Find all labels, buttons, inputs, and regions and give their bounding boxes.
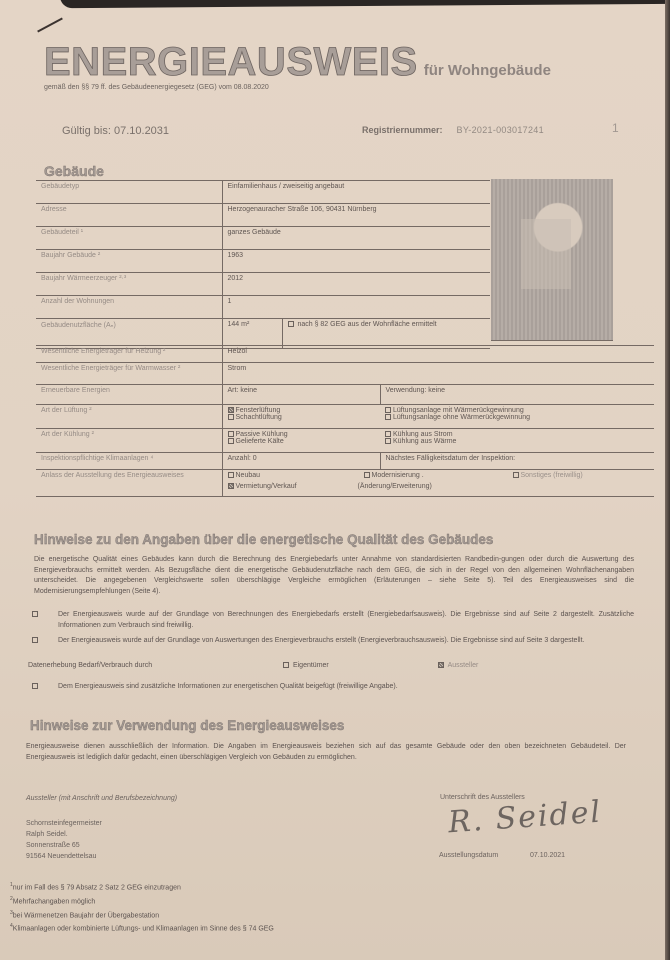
ac-next-inspection: Nächstes Fälligkeitsdatum der Inspektion… xyxy=(380,453,654,470)
title-sub: für Wohngebäude xyxy=(424,62,551,79)
issue-date-label: Ausstellungsdatum xyxy=(439,852,498,859)
checkbox[interactable] xyxy=(228,438,234,444)
option-label: Lüftungsanlage mit Wärmerückgewinnung xyxy=(393,407,524,414)
usage-notes-text: Energieausweise dienen ausschließlich de… xyxy=(26,742,626,763)
issuer-heading: Aussteller (mit Anschrift und Berufsbeze… xyxy=(26,795,177,802)
footnote: 3bei Wärmenetzen Baujahr der Übergabesta… xyxy=(10,908,274,922)
demand-checkbox[interactable] xyxy=(32,611,38,617)
option-label: Passive Kühlung xyxy=(236,431,288,438)
checkbox[interactable] xyxy=(228,472,234,478)
row-label: Baujahr Wärmeerzeuger ²·³ xyxy=(36,273,222,296)
data-collection-label: Datenerhebung Bedarf/Verbrauch durch xyxy=(28,662,152,669)
row-value: 2012 xyxy=(222,273,490,296)
ventilation-option: Fensterlüftung xyxy=(228,407,376,414)
checkbox[interactable] xyxy=(228,431,234,437)
data-issuer-option: Aussteller xyxy=(438,661,478,672)
issuer-address: Schornsteinfegermeister Ralph Seidel. So… xyxy=(26,818,102,862)
photo-background-shadow xyxy=(60,0,670,8)
checkbox[interactable] xyxy=(385,414,391,420)
option-label: (Änderung/Erweiterung) xyxy=(358,483,432,490)
water-energy-label: Wesentliche Energieträger für Warmwasser… xyxy=(36,363,222,385)
row-value: ganzes Gebäude xyxy=(222,227,490,250)
registration: Registriernummer:BY-2021-003017241 xyxy=(362,125,544,135)
cooling-option: Kühlung aus Wärme xyxy=(385,438,649,445)
table-row: Anlass der Ausstellung des Energieauswei… xyxy=(36,470,654,497)
certificate-page: ENERGIEAUSWEISfür Wohngebäude gemäß den … xyxy=(0,0,666,960)
consumption-checkbox[interactable] xyxy=(32,637,38,643)
usage-notes-title: Hinweise zur Verwendung des Energieauswe… xyxy=(30,718,344,733)
checkbox[interactable] xyxy=(228,483,234,489)
table-row: Art der Kühlung ² Passive KühlungGeliefe… xyxy=(36,429,654,453)
checkbox[interactable] xyxy=(364,472,370,478)
renewable-use: Verwendung: keine xyxy=(380,385,654,405)
table-row: Baujahr Wärmeerzeuger ²·³2012 xyxy=(36,273,490,296)
option-label: Kühlung aus Wärme xyxy=(393,438,456,445)
footnote: 4Klimaanlagen oder kombinierte Lüftungs-… xyxy=(10,921,274,935)
option-consumption-text: Der Energieausweis wurde auf der Grundla… xyxy=(58,636,634,647)
ac-count: Anzahl: 0 xyxy=(222,453,380,470)
table-row: Gebäudenutzfläche (Aₙ)144 m² nach § 82 G… xyxy=(36,319,490,349)
row-value: 1963 xyxy=(222,250,490,273)
table-row: Anzahl der Wohnungen1 xyxy=(36,296,490,319)
additional-info-checkbox[interactable] xyxy=(32,683,38,689)
checkbox[interactable] xyxy=(228,407,234,413)
row-label: Baujahr Gebäude ² xyxy=(36,250,222,273)
quality-notes-title: Hinweise zu den Angaben über die energet… xyxy=(34,532,493,547)
reason-option: Modernisierung . xyxy=(364,472,424,479)
issue-date: 07.10.2021 xyxy=(530,852,565,859)
option-label: Kühlung aus Strom xyxy=(393,431,453,438)
building-photo xyxy=(491,179,613,341)
row-value: 1 xyxy=(222,296,490,319)
title-main: ENERGIEAUSWEIS xyxy=(44,40,418,84)
document-title: ENERGIEAUSWEISfür Wohngebäude xyxy=(44,40,551,85)
ventilation-option: Lüftungsanlage mit Wärmerückgewinnung xyxy=(385,407,649,414)
row-label: Gebäudeteil ¹ xyxy=(36,227,222,250)
area-method-option: nach § 82 GEG aus der Wohnfläche ermitte… xyxy=(282,319,490,349)
water-energy-value: Strom xyxy=(222,363,654,385)
legal-basis: gemäß den §§ 79 ff. des Gebäudeenergiege… xyxy=(44,84,269,91)
reason-options: Neubau Vermietung/Verkauf Modernisierung… xyxy=(222,470,654,497)
ventilation-option: Lüftungsanlage ohne Wärmerückgewinnung xyxy=(385,414,649,421)
page-edge-shadow xyxy=(665,0,670,960)
ventilation-options-left: FensterlüftungSchachtlüftung xyxy=(222,405,380,429)
option-label: Fensterlüftung xyxy=(236,407,281,414)
quality-notes-intro: Die energetische Qualität eines Gebäudes… xyxy=(34,555,634,597)
table-row: Art der Lüftung ² FensterlüftungSchachtl… xyxy=(36,405,654,429)
table-row: Wesentliche Energieträger für Heizung ² … xyxy=(36,346,654,363)
owner-checkbox[interactable] xyxy=(283,662,289,668)
issuer-checkbox[interactable] xyxy=(438,662,444,668)
reason-option: (Änderung/Erweiterung) xyxy=(358,483,432,490)
checkbox[interactable] xyxy=(385,438,391,444)
data-collection-row: Datenerhebung Bedarf/Verbrauch durch Eig… xyxy=(28,661,648,672)
issuer-line: Schornsteinfegermeister xyxy=(26,818,102,829)
building-table: GebäudetypEinfamilienhaus / zweiseitig a… xyxy=(36,180,490,349)
registration-label: Registriernummer: xyxy=(362,125,443,135)
cooling-option: Kühlung aus Strom xyxy=(385,431,649,438)
data-owner-option: Eigentümer xyxy=(283,661,329,672)
table-row: AdresseHerzogenauracher Straße 106, 9043… xyxy=(36,204,490,227)
row-label: Gebäudetyp xyxy=(36,181,222,204)
area-method-checkbox[interactable] xyxy=(288,321,294,327)
ventilation-options-right: Lüftungsanlage mit WärmerückgewinnungLüf… xyxy=(380,405,654,429)
signature: R. Seidel xyxy=(447,795,603,841)
footnote: 2Mehrfachangaben möglich xyxy=(10,894,274,908)
footnotes: 1nur im Fall des § 79 Absatz 2 Satz 2 GE… xyxy=(10,880,274,935)
option-label: Modernisierung . xyxy=(372,472,424,479)
reason-label: Anlass der Ausstellung des Energieauswei… xyxy=(36,470,222,497)
cooling-options-left: Passive KühlungGelieferte Kälte xyxy=(222,429,380,453)
option-label: Sonstiges (freiwillig) xyxy=(521,472,583,479)
valid-until-value: 07.10.2031 xyxy=(114,125,169,137)
table-row: Wesentliche Energieträger für Warmwasser… xyxy=(36,363,654,385)
building-section-title: Gebäude xyxy=(44,163,104,179)
checkbox[interactable] xyxy=(228,414,234,420)
owner-label: Eigentümer xyxy=(293,662,329,669)
footnote: 1nur im Fall des § 79 Absatz 2 Satz 2 GE… xyxy=(10,880,274,894)
renewable-type: Art: keine xyxy=(222,385,380,405)
row-label: Gebäudenutzfläche (Aₙ) xyxy=(36,319,222,349)
cooling-options-right: Kühlung aus StromKühlung aus Wärme xyxy=(380,429,654,453)
row-value: 144 m² xyxy=(222,319,282,349)
table-row: Inspektionspflichtige Klimaanlagen ⁴ Anz… xyxy=(36,453,654,470)
issuer-line: Ralph Seidel. xyxy=(26,829,102,840)
table-row: GebäudetypEinfamilienhaus / zweiseitig a… xyxy=(36,181,490,204)
ventilation-option: Schachtlüftung xyxy=(228,414,376,421)
issuer-line: Sonnenstraße 65 xyxy=(26,840,102,851)
table-row: Gebäudeteil ¹ganzes Gebäude xyxy=(36,227,490,250)
pen-mark xyxy=(37,18,63,33)
cooling-option: Gelieferte Kälte xyxy=(228,438,376,445)
table-row: Baujahr Gebäude ²1963 xyxy=(36,250,490,273)
row-value: Einfamilienhaus / zweiseitig angebaut xyxy=(222,181,490,204)
heating-energy-value: Heizöl xyxy=(222,346,654,363)
row-label: Anzahl der Wohnungen xyxy=(36,296,222,319)
issuer-label: Aussteller xyxy=(448,662,479,669)
checkbox[interactable] xyxy=(385,407,391,413)
reason-option: Neubau xyxy=(228,472,261,479)
option-label: Neubau xyxy=(236,472,261,479)
reason-option: Sonstiges (freiwillig) xyxy=(513,472,583,479)
option-label: Lüftungsanlage ohne Wärmerückgewinnung xyxy=(393,414,530,421)
row-label: Adresse xyxy=(36,204,222,227)
option-additional-text: Dem Energieausweis sind zusätzliche Info… xyxy=(58,682,634,693)
row-value: Herzogenauracher Straße 106, 90431 Nürnb… xyxy=(222,204,490,227)
reason-option: Vermietung/Verkauf xyxy=(228,483,297,490)
valid-until: Gültig bis: 07.10.2031 xyxy=(62,125,169,137)
cooling-option: Passive Kühlung xyxy=(228,431,376,438)
option-label: Gelieferte Kälte xyxy=(236,438,284,445)
building-energy-table: Wesentliche Energieträger für Heizung ² … xyxy=(36,345,654,497)
option-demand-text: Der Energieausweis wurde auf der Grundla… xyxy=(58,610,634,631)
option-label: Schachtlüftung xyxy=(236,414,282,421)
cooling-label: Art der Kühlung ² xyxy=(36,429,222,453)
table-row: Erneuerbare Energien Art: keine Verwendu… xyxy=(36,385,654,405)
option-label: Vermietung/Verkauf xyxy=(236,483,297,490)
heating-energy-label: Wesentliche Energieträger für Heizung ² xyxy=(36,346,222,363)
checkbox[interactable] xyxy=(513,472,519,478)
ac-label: Inspektionspflichtige Klimaanlagen ⁴ xyxy=(36,453,222,470)
renewable-label: Erneuerbare Energien xyxy=(36,385,222,405)
issuer-line: 91564 Neuendettelsau xyxy=(26,851,102,862)
valid-until-label: Gültig bis: xyxy=(62,125,111,137)
page-number: 1 xyxy=(612,121,619,135)
ventilation-label: Art der Lüftung ² xyxy=(36,405,222,429)
checkbox[interactable] xyxy=(385,431,391,437)
registration-number: BY-2021-003017241 xyxy=(457,125,544,135)
